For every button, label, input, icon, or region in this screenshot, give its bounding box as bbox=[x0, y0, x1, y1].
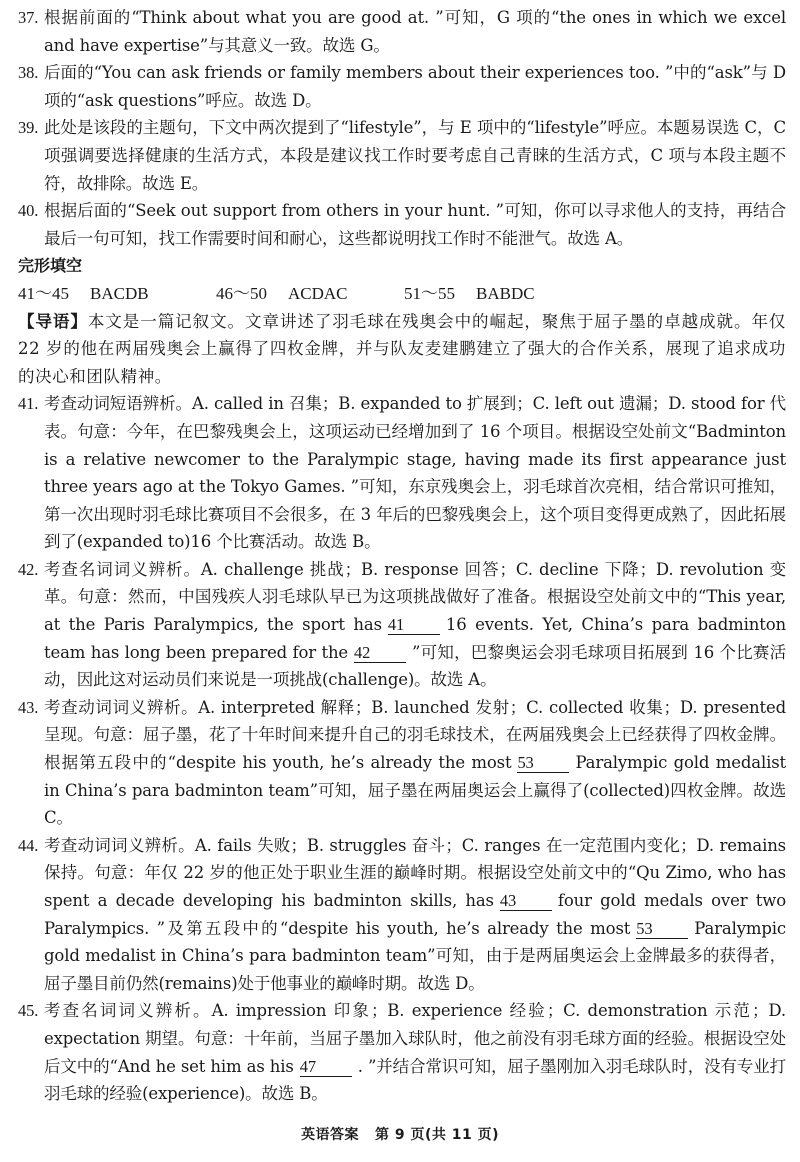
explanation-43: 43. 考查动词词义辨析。A. interpreted 解释；B. launch… bbox=[18, 694, 786, 832]
question-number: 40. bbox=[18, 197, 38, 225]
footer-page-number: 第 9 页(共 11 页) bbox=[375, 1127, 499, 1143]
answer-keys: BACDB bbox=[90, 284, 149, 303]
question-number: 44. bbox=[18, 832, 38, 860]
answer-range: 51～55 bbox=[404, 280, 476, 308]
answer-group-51-55: 51～55BABDC bbox=[404, 280, 535, 308]
explanation-text: 后面的“You can ask friends or family member… bbox=[44, 59, 786, 114]
explanation-text: 根据前面的“Think about what you are good at. … bbox=[44, 4, 786, 59]
explanation-41: 41. 考查动词短语辨析。A. called in 召集；B. expanded… bbox=[18, 390, 786, 556]
answer-group-41-45: 41～45BACDB bbox=[18, 280, 216, 308]
answer-group-46-50: 46～50ACDAC bbox=[216, 280, 404, 308]
explanation-text: 此处是该段的主题句，下文中两次提到了“lifestyle”，与 E 项中的“li… bbox=[44, 114, 786, 197]
answer-key-row: 41～45BACDB46～50ACDAC51～55BABDC bbox=[18, 280, 800, 308]
explanation-40: 40. 根据后面的“Seek out support from others i… bbox=[18, 197, 786, 252]
answer-key-page: 37. 根据前面的“Think about what you are good … bbox=[0, 4, 800, 1108]
explanation-38: 38. 后面的“You can ask friends or family me… bbox=[18, 59, 786, 114]
explanation-42: 42. 考查名词词义辨析。A. challenge 挑战；B. response… bbox=[18, 556, 786, 694]
guide-paragraph: 【导语】本文是一篇记叙文。文章讲述了羽毛球在残奥会中的崛起，聚焦于屈子墨的卓越成… bbox=[18, 308, 786, 391]
blank-47: 47 bbox=[300, 1058, 352, 1077]
blank-53: 53 bbox=[517, 754, 569, 773]
guide-text: 本文是一篇记叙文。文章讲述了羽毛球在残奥会中的崛起，聚焦于屈子墨的卓越成就。年仅… bbox=[18, 312, 786, 386]
blank-43: 43 bbox=[500, 892, 552, 911]
question-number: 43. bbox=[18, 694, 38, 722]
question-number: 42. bbox=[18, 556, 38, 584]
explanation-text: 考查动词词义辨析。A. interpreted 解释；B. launched 发… bbox=[44, 694, 786, 832]
explanation-44: 44. 考查动词词义辨析。A. fails 失败；B. struggles 奋斗… bbox=[18, 832, 786, 998]
explanation-text: 考查名词词义辨析。A. impression 印象；B. experience … bbox=[44, 997, 786, 1107]
footer-subject: 英语答案 bbox=[301, 1127, 359, 1143]
blank-53: 53 bbox=[636, 920, 688, 939]
question-number: 39. bbox=[18, 114, 38, 142]
answer-range: 46～50 bbox=[216, 280, 288, 308]
question-number: 38. bbox=[18, 59, 38, 87]
section-title-cloze: 完形填空 bbox=[18, 252, 800, 280]
answer-range: 41～45 bbox=[18, 280, 90, 308]
page-footer: 英语答案第 9 页(共 11 页) bbox=[0, 1124, 800, 1144]
explanation-text: 考查动词词义辨析。A. fails 失败；B. struggles 奋斗；C. … bbox=[44, 832, 786, 998]
blank-41: 41 bbox=[388, 616, 440, 635]
guide-tag: 【导语】 bbox=[18, 312, 88, 331]
blank-42: 42 bbox=[354, 644, 406, 663]
answer-keys: BABDC bbox=[476, 284, 535, 303]
explanation-45: 45. 考查名词词义辨析。A. impression 印象；B. experie… bbox=[18, 997, 786, 1107]
explanation-text: 考查名词词义辨析。A. challenge 挑战；B. response 回答；… bbox=[44, 556, 786, 694]
answer-keys: ACDAC bbox=[288, 284, 348, 303]
question-number: 37. bbox=[18, 4, 38, 32]
question-number: 45. bbox=[18, 997, 38, 1025]
explanation-39: 39. 此处是该段的主题句，下文中两次提到了“lifestyle”，与 E 项中… bbox=[18, 114, 786, 197]
question-number: 41. bbox=[18, 390, 38, 418]
explanation-37: 37. 根据前面的“Think about what you are good … bbox=[18, 4, 786, 59]
explanation-text: 考查动词短语辨析。A. called in 召集；B. expanded to … bbox=[44, 390, 786, 556]
explanation-text: 根据后面的“Seek out support from others in yo… bbox=[44, 197, 786, 252]
